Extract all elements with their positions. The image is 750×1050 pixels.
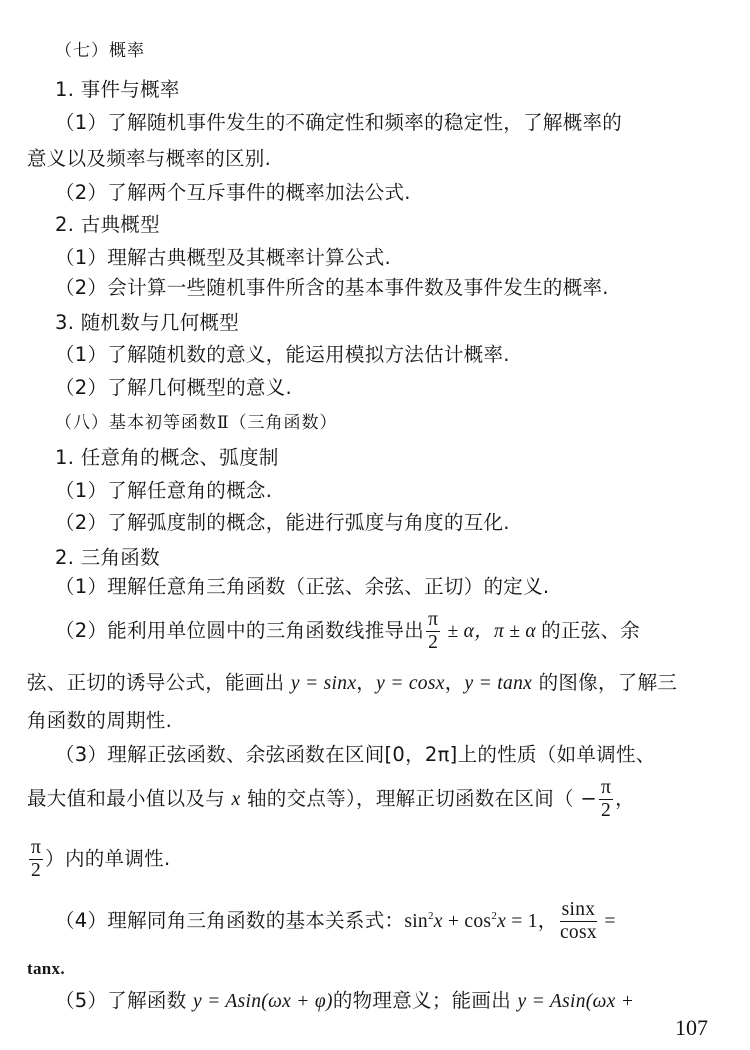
topic-title: 1. 事件与概率 [55, 77, 180, 103]
list-item-text: （1）了解任意角的概念. [55, 478, 272, 504]
fraction-numerator: sinx [560, 899, 598, 922]
text-segment: 的图像，了解三 [532, 671, 677, 694]
list-item-text: （1）了解随机数的意义，能运用模拟方法估计概率. [55, 342, 510, 368]
list-item-text: （2）了解弧度制的概念，能进行弧度与角度的互化. [55, 510, 510, 536]
formula-sinusoid: y = Asin(ωx + [518, 991, 635, 1012]
math-equals: = 1， [506, 911, 558, 932]
variable-x: x [497, 911, 506, 932]
text-segment: 轴的交点等），理解正切函数在区间（ − [240, 787, 597, 810]
math-expression: ± α，π ± α [442, 621, 541, 642]
text-segment: 的正弦、余 [541, 619, 640, 642]
list-item-text: （3）理解正弦函数、余弦函数在区间[0，2π]上的性质（如单调性、 [55, 742, 656, 768]
fraction-numerator: π [29, 837, 43, 860]
math-cos: + cos [443, 911, 492, 932]
topic-title: 2. 古典概型 [55, 212, 160, 238]
page-number: 107 [675, 1015, 708, 1041]
list-item-text: （2）了解两个互斥事件的概率加法公式. [55, 180, 411, 206]
text-segment: （2）能利用单位圆中的三角函数线推导出 [55, 619, 424, 642]
formula-tan: y = tanx [465, 673, 533, 694]
formula-sinusoid: y = Asin(ωx + φ) [193, 991, 333, 1012]
fraction-denominator: 2 [29, 860, 43, 882]
variable-x: x [434, 911, 443, 932]
separator: ， [356, 671, 376, 694]
list-item-text: （2）会计算一些随机事件所含的基本事件数及事件发生的概率. [55, 275, 609, 301]
list-item-continuation: tanx. [27, 956, 65, 982]
list-item-text: （2）了解几何概型的意义. [55, 375, 292, 401]
list-item-continuation: 最大值和最小值以及与 x 轴的交点等），理解正切函数在区间（ −π2， [27, 776, 635, 823]
fraction-denominator: cosx [560, 922, 598, 944]
separator: ， [445, 671, 465, 694]
list-item-text: （1）理解任意角三角函数（正弦、余弦、正切）的定义. [55, 574, 549, 600]
fraction-denominator: 2 [426, 632, 440, 654]
text-segment: 最大值和最小值以及与 [27, 787, 232, 810]
list-item-continuation: π2）内的单调性. [27, 836, 170, 882]
separator: ， [615, 787, 635, 810]
fraction-pi-over-2: π2 [599, 777, 613, 822]
list-item-text: （5）了解函数 y = Asin(ωx + φ)的物理意义；能画出 y = As… [55, 988, 634, 1015]
list-item-continuation: 弦、正切的诱导公式，能画出 y = sinx，y = cosx，y = tanx… [27, 670, 677, 697]
formula-cos: y = cosx [376, 673, 445, 694]
text-segment: 的物理意义；能画出 [333, 989, 518, 1012]
math-equals: = [599, 911, 615, 932]
fraction-pi-over-2: π2 [426, 609, 440, 654]
section-heading-trigonometry: （八）基本初等函数Ⅱ（三角函数） [55, 410, 338, 436]
fraction-numerator: π [426, 609, 440, 632]
text-segment: （5）了解函数 [55, 989, 193, 1012]
topic-title: 2. 三角函数 [55, 545, 160, 571]
list-item-induction-formulas: （2）能利用单位圆中的三角函数线推导出π2 ± α，π ± α 的正弦、余 [55, 608, 640, 655]
fraction-pi-over-2: π2 [29, 837, 43, 882]
topic-title: 1. 任意角的概念、弧度制 [55, 445, 279, 471]
fraction-sin-over-cos: sinxcosx [560, 899, 598, 944]
list-item-text: 意义以及频率与概率的区别. [27, 146, 271, 172]
fraction-denominator: 2 [599, 800, 613, 822]
list-item-continuation: 角函数的周期性. [27, 708, 172, 734]
fraction-numerator: π [599, 777, 613, 800]
text-segment: ）内的单调性. [45, 847, 170, 870]
list-item-identity: （4）理解同角三角函数的基本关系式：sin2x + cos2x = 1，sinx… [55, 893, 616, 945]
formula-sin: y = sinx [291, 673, 356, 694]
section-heading-probability: （七）概率 [55, 38, 145, 64]
list-item-text: （1）理解古典概型及其概率计算公式. [55, 245, 391, 271]
text-segment: 弦、正切的诱导公式，能画出 [27, 671, 291, 694]
text-segment: （4）理解同角三角函数的基本关系式： [55, 909, 404, 932]
list-item-text: （1）了解随机事件发生的不确定性和频率的稳定性，了解概率的 [55, 110, 622, 136]
math-sin: sin [404, 911, 428, 932]
topic-title: 3. 随机数与几何概型 [55, 310, 239, 336]
